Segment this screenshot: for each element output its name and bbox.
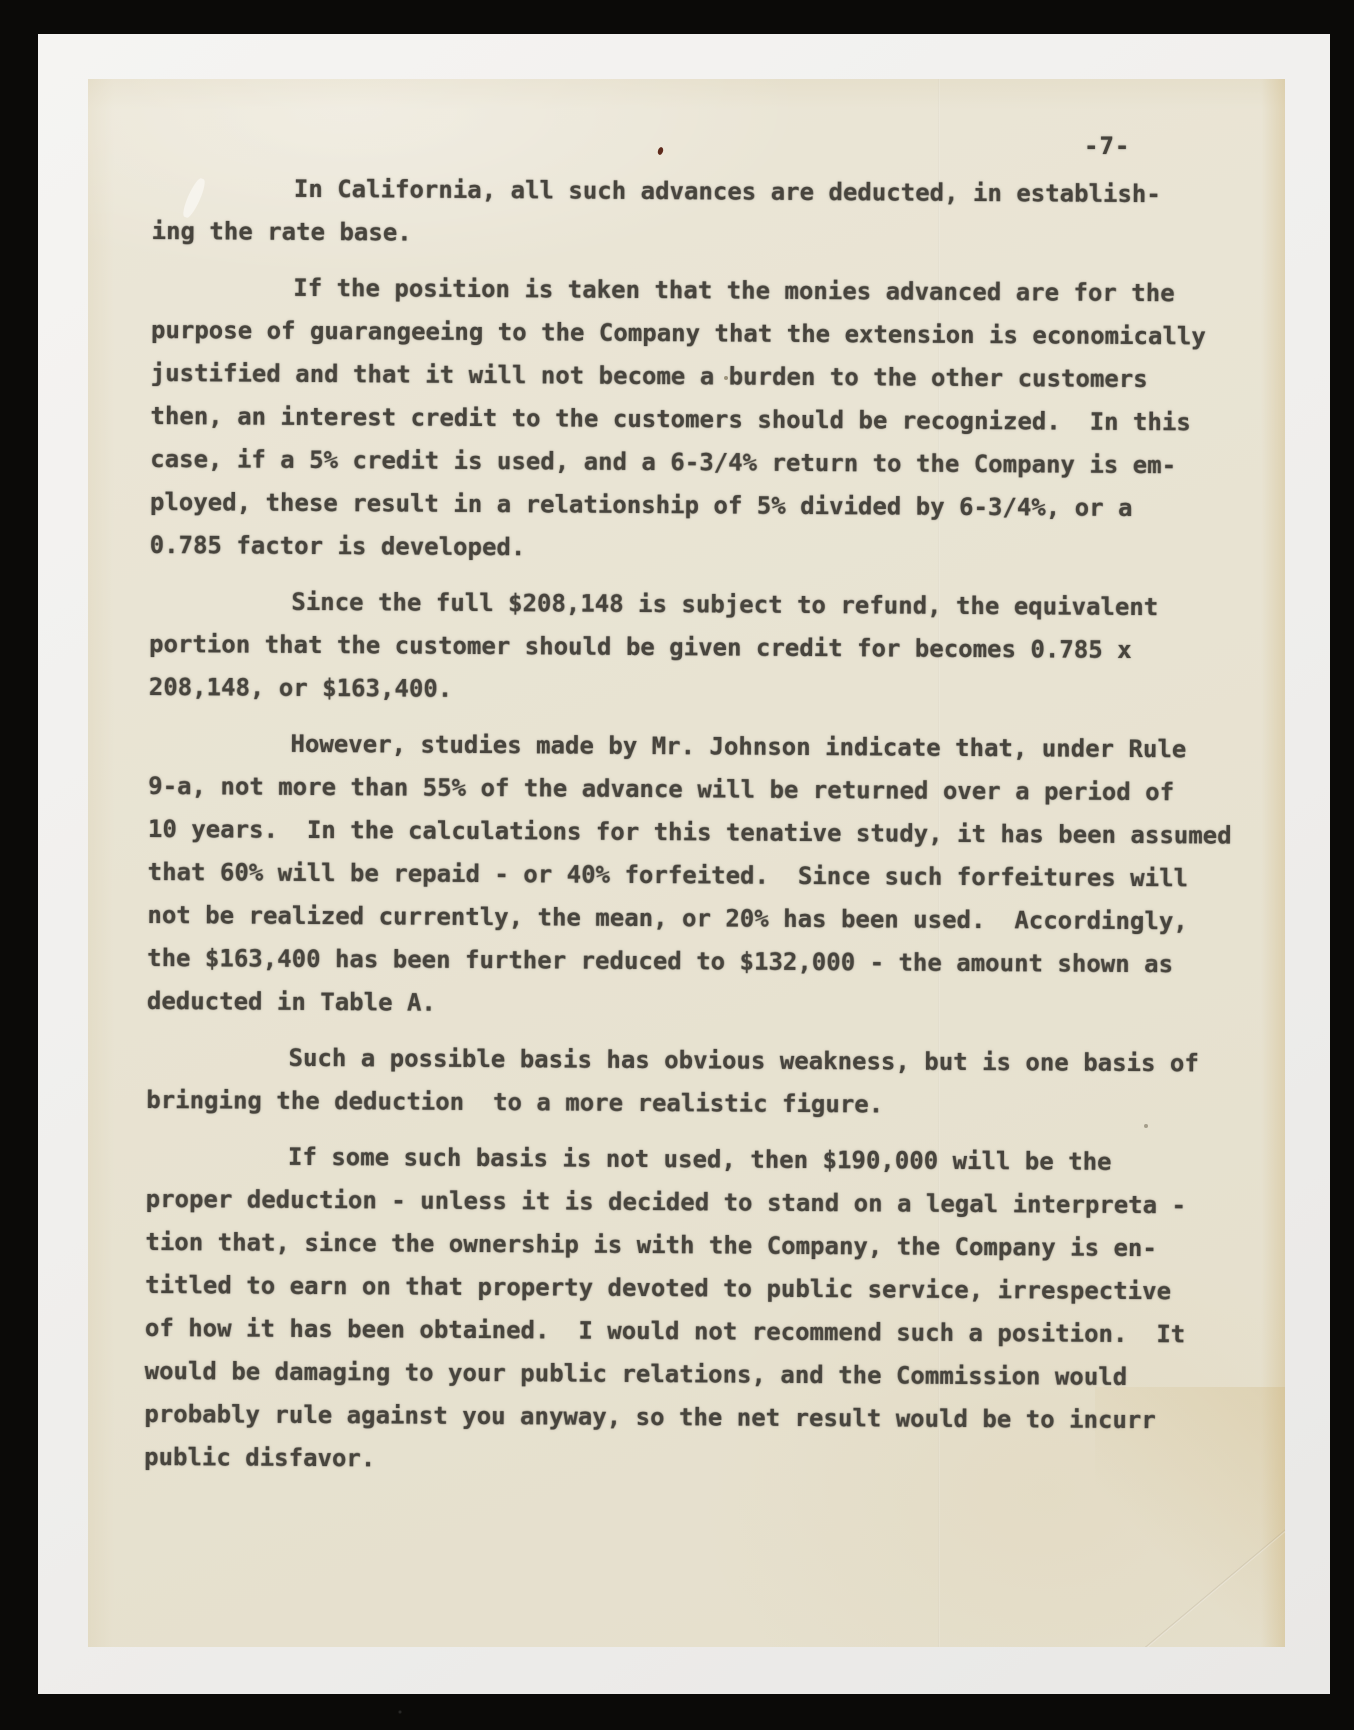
text-line: 0.785 factor is developed. xyxy=(150,524,1242,574)
document-text: In California, all such advances are ded… xyxy=(144,167,1244,1486)
paragraph-3: Since the full $208,148 is subject to re… xyxy=(149,580,1242,716)
text-line: 9-a, not more than 55% of the advance wi… xyxy=(148,765,1240,815)
text-line: justified and that it will not become a … xyxy=(151,352,1243,402)
paragraph-6: If some such basis is not used, then $19… xyxy=(144,1135,1238,1486)
text-line: then, an interest credit to the customer… xyxy=(150,395,1242,445)
text-line: not be realized currently, the mean, or … xyxy=(147,894,1239,944)
text-line: If some such basis is not used, then $19… xyxy=(146,1135,1238,1185)
text-line: proper deduction - unless it is decided … xyxy=(146,1178,1238,1228)
text-line: portion that the customer should be give… xyxy=(149,623,1241,673)
text-line: titled to earn on that property devoted … xyxy=(145,1264,1237,1314)
text-line: ing the rate base. xyxy=(151,210,1243,260)
text-line: Since the full $208,148 is subject to re… xyxy=(149,580,1241,630)
paragraph-1: In California, all such advances are ded… xyxy=(151,167,1244,260)
paragraph-2: If the position is taken that the monies… xyxy=(150,266,1244,574)
text-line: the $163,400 has been further reduced to… xyxy=(147,937,1239,987)
paragraph-5: Such a possible basis has obvious weakne… xyxy=(146,1036,1239,1129)
paragraph-4: However, studies made by Mr. Johnson ind… xyxy=(147,722,1241,1030)
scan-mat-border: -7- In California, all such advances are… xyxy=(38,34,1330,1694)
text-line: case, if a 5% credit is used, and a 6-3/… xyxy=(150,438,1242,488)
text-line: bringing the deduction to a more realist… xyxy=(146,1079,1238,1129)
document-page: -7- In California, all such advances are… xyxy=(88,79,1285,1647)
paper-speck xyxy=(657,146,664,155)
page-number: -7- xyxy=(1084,132,1130,160)
text-line: 208,148, or $163,400. xyxy=(149,666,1241,716)
text-line: However, studies made by Mr. Johnson ind… xyxy=(148,722,1240,772)
text-line: deducted in Table A. xyxy=(147,980,1239,1030)
text-line: of how it has been obtained. I would not… xyxy=(145,1307,1237,1357)
text-line: purpose of guarangeeing to the Company t… xyxy=(151,309,1243,359)
text-line: If the position is taken that the monies… xyxy=(151,266,1243,316)
text-line: In California, all such advances are ded… xyxy=(152,167,1244,217)
text-line: 10 years. In the calculations for this t… xyxy=(148,808,1240,858)
text-line: ployed, these result in a relationship o… xyxy=(150,481,1242,531)
text-line: public disfavor. xyxy=(144,1436,1236,1486)
text-line: that 60% will be repaid - or 40% forfeit… xyxy=(148,851,1240,901)
text-line: probably rule against you anyway, so the… xyxy=(144,1393,1236,1443)
text-line: would be damaging to your public relatio… xyxy=(145,1350,1237,1400)
text-line: Such a possible basis has obvious weakne… xyxy=(146,1036,1238,1086)
text-line: tion that, since the ownership is with t… xyxy=(145,1221,1237,1271)
scan-background: -7- In California, all such advances are… xyxy=(0,0,1354,1730)
